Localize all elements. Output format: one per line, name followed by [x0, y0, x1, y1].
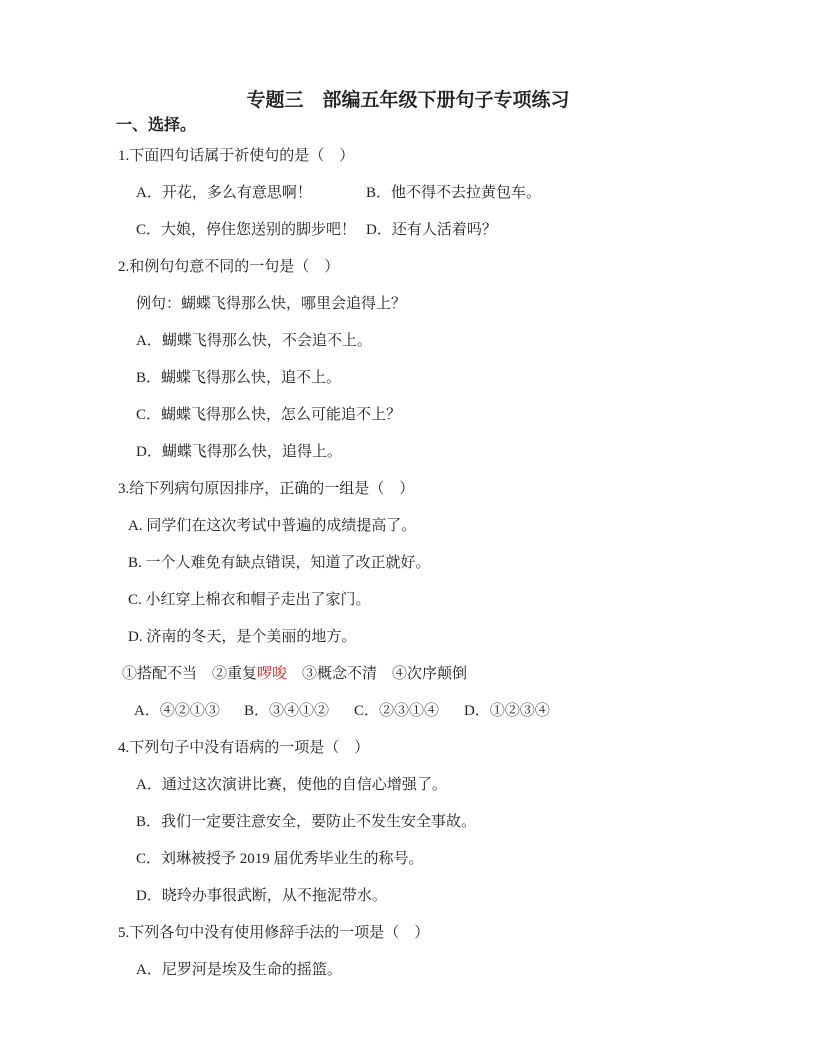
q3-answer-d: D．①②③④ [464, 703, 550, 719]
q1-stem: 1.下面四句话属于祈使句的是（ ） [96, 138, 720, 175]
q2-example-sentence: 例句：蝴蝶飞得那么快，哪里会追得上？ [96, 286, 720, 323]
q3-answer-row: A．④②①③B．③④①②C．②③①④D．①②③④ [96, 693, 720, 730]
q4-stem: 4.下列句子中没有语病的一项是（ ） [96, 730, 720, 767]
q3-option-d: D. 济南的冬天，是个美丽的地方。 [96, 619, 720, 656]
q3-answer-b: B．③④①② [244, 693, 354, 730]
q2-option-c: C．蝴蝶飞得那么快，怎么可能追不上？ [96, 397, 720, 434]
q3-option-c: C. 小红穿上棉衣和帽子走出了家门。 [96, 582, 720, 619]
q3-cause-post: ③概念不清 ④次序颠倒 [287, 666, 467, 682]
q2-stem: 2.和例句句意不同的一句是（ ） [96, 249, 720, 286]
q3-option-a: A. 同学们在这次考试中普遍的成绩提高了。 [96, 508, 720, 545]
q2-option-b: B．蝴蝶飞得那么快，追不上。 [96, 360, 720, 397]
q5-stem: 5.下列各句中没有使用修辞手法的一项是（ ） [96, 915, 720, 952]
q1-options-row-2: C．大娘，停住您送别的脚步吧！D．还有人活着吗？ [96, 212, 720, 249]
q3-stem: 3.给下列病句原因排序，正确的一组是（ ） [96, 471, 720, 508]
q1-option-a: A．开花，多么有意思啊！ [136, 175, 366, 212]
q3-cause-pre: ①搭配不当 ②重复 [122, 666, 257, 682]
q5-option-a: A．尼罗河是埃及生命的摇篮。 [96, 952, 720, 989]
q3-option-b: B. 一个人难免有缺点错误，知道了改正就好。 [96, 545, 720, 582]
q4-option-a: A．通过这次演讲比赛，使他的自信心增强了。 [96, 767, 720, 804]
q2-option-a: A．蝴蝶飞得那么快，不会追不上。 [96, 323, 720, 360]
q3-cause-red: 啰唆 [257, 666, 287, 682]
document-page: 专题三 部编五年级下册句子专项练习 一、选择。 1.下面四句话属于祈使句的是（ … [0, 0, 816, 1056]
q4-option-c: C．刘琳被授予 2019 届优秀毕业生的称号。 [96, 841, 720, 878]
q2-option-d: D．蝴蝶飞得那么快，追得上。 [96, 434, 720, 471]
q1-option-c: C．大娘，停住您送别的脚步吧！ [136, 212, 366, 249]
q1-options-row-1: A．开花，多么有意思啊！B．他不得不去拉黄包车。 [96, 175, 720, 212]
q3-causes-line: ①搭配不当 ②重复啰唆 ③概念不清 ④次序颠倒 [96, 656, 720, 693]
doc-title: 专题三 部编五年级下册句子专项练习 [96, 88, 720, 114]
q1-option-b: B．他不得不去拉黄包车。 [366, 185, 541, 201]
q4-option-b: B．我们一定要注意安全，要防止不发生安全事故。 [96, 804, 720, 841]
q1-option-d: D．还有人活着吗？ [366, 222, 497, 238]
q4-option-d: D．晓玲办事很武断，从不拖泥带水。 [96, 878, 720, 915]
q3-answer-a: A．④②①③ [134, 693, 244, 730]
section-heading: 一、选择。 [96, 114, 720, 138]
q3-answer-c: C．②③①④ [354, 693, 464, 730]
